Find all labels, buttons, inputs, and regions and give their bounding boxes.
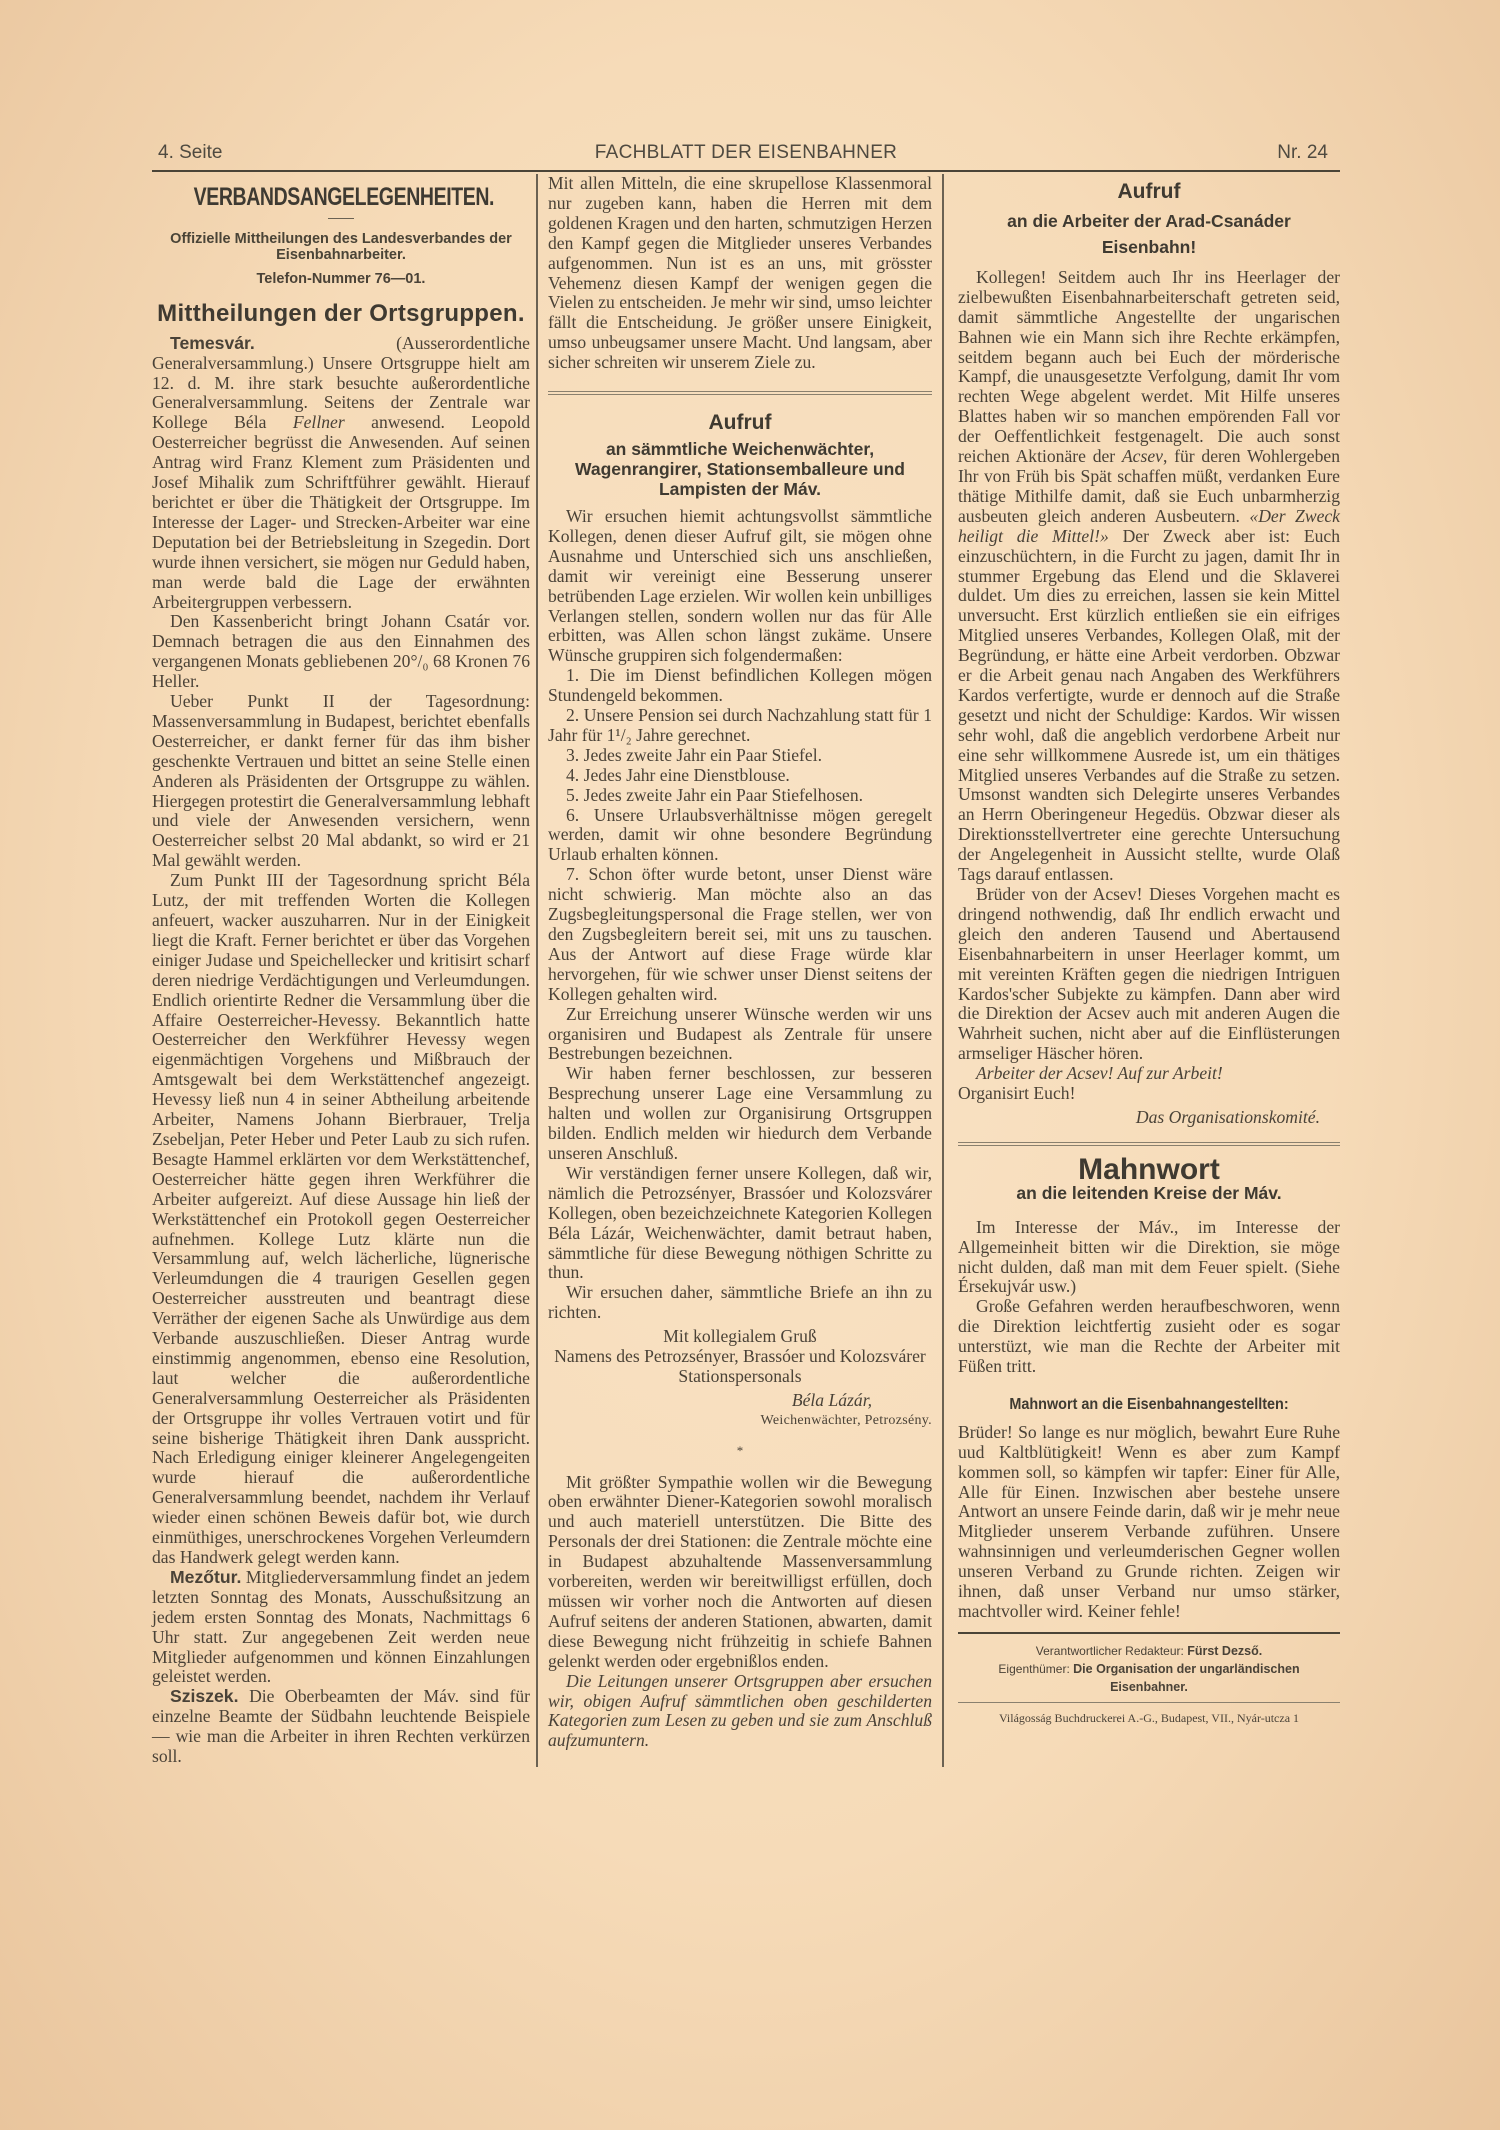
place-name: Temesvár. — [170, 333, 255, 353]
paragraph: Wir ersuchen daher, sämmtliche Briefe an… — [548, 1283, 932, 1323]
paragraph: Im Interesse der Máv., im Interesse der … — [958, 1218, 1340, 1298]
sziszek-paragraph: Sziszek. Die Oberbeamten der Máv. sind f… — [152, 1687, 530, 1767]
list-item: 1. Die im Dienst befindlichen Kollegen m… — [548, 666, 932, 706]
on-behalf: Namens des Petrozsényer, Brassóer und Ko… — [548, 1347, 932, 1387]
divider — [958, 1632, 1340, 1634]
paragraph: Brüder von der Acsev! Dieses Vorgehen ma… — [958, 885, 1340, 1064]
aufruf-subtitle: an die Arbeiter der Arad-Csanáder Eisenb… — [958, 208, 1340, 260]
paragraph: Zum Punkt III der Tagesordnung spricht B… — [152, 871, 530, 1568]
column-right: Aufruf an die Arbeiter der Arad-Csanáder… — [944, 174, 1340, 1767]
double-rule-divider — [548, 391, 932, 395]
columns: VERBANDSANGELEGENHEITEN. Offizielle Mitt… — [152, 174, 1340, 1767]
paragraph: Wir ersuchen hiemit achtungsvollst sämmt… — [548, 507, 932, 666]
owner-line: Eigenthümer: Die Organisation der ungarl… — [958, 1660, 1340, 1696]
temesvar-paragraph: Temesvár. (Ausserordentliche Generalvers… — [152, 334, 530, 613]
signature-role: Weichenwächter, Petrozsény. — [548, 1411, 932, 1431]
asterisk-separator: * — [548, 1441, 932, 1461]
mezotur-paragraph: Mezőtur. Mitgliederversammlung findet an… — [152, 1568, 530, 1687]
paragraph: Wir haben ferner beschlossen, zur besser… — [548, 1064, 932, 1164]
running-header: 4. Seite FACHBLATT DER EISENBAHNER Nr. 2… — [152, 140, 1340, 172]
list-item: 4. Jedes Jahr eine Dienstblouse. — [548, 766, 932, 786]
issue-number: Nr. 24 — [1277, 142, 1328, 164]
signature-name: Béla Lázár, — [548, 1391, 932, 1411]
telephone-number: Telefon-Nummer 76—01. — [152, 270, 530, 290]
place-name: Mezőtur. — [170, 1567, 241, 1587]
list-item: 3. Jedes zweite Jahr ein Paar Stiefel. — [548, 746, 932, 766]
publication-title: FACHBLATT DER EISENBAHNER — [152, 142, 1340, 164]
mahnwort2-title: Mahnwort an die Eisenbahnangestellten: — [977, 1395, 1321, 1415]
list-item: 7. Schon öfter wurde betont, unser Diens… — [548, 865, 932, 1004]
section-title: VERBANDSANGELEGENHEITEN. — [194, 188, 489, 208]
list-item: 6. Unsere Urlaubsverhältnisse mögen gere… — [548, 806, 932, 866]
official-subtitle: Offizielle Mittheilungen des Landesverba… — [152, 231, 530, 263]
aufruf-title: Aufruf — [548, 413, 932, 433]
double-rule-divider — [958, 1142, 1340, 1146]
imprint: Verantwortlicher Redakteur: Fürst Dezső.… — [958, 1642, 1340, 1696]
divider — [328, 218, 354, 219]
paragraph: Ueber Punkt II der Tagesordnung: Massenv… — [152, 692, 530, 871]
paragraph: Brüder! So lange es nur möglich, bewahrt… — [958, 1423, 1340, 1622]
aufruf-title: Aufruf — [958, 182, 1340, 202]
closing-italic-paragraph: Die Leitungen unserer Ortsgruppen aber e… — [548, 1672, 932, 1752]
paragraph: Mit größter Sympathie wollen wir die Bew… — [548, 1473, 932, 1672]
column-left: VERBANDSANGELEGENHEITEN. Offizielle Mitt… — [152, 174, 536, 1767]
divider — [958, 1702, 1340, 1703]
mahnwort-subtitle: an die leitenden Kreise der Máv. — [958, 1184, 1340, 1204]
intro-paragraph: Mit allen Mitteln, die eine skrupellose … — [548, 174, 932, 373]
signature: Das Organisationskomité. — [958, 1108, 1340, 1128]
paragraph: Kollegen! Seitdem auch Ihr ins Heerlager… — [958, 268, 1340, 885]
editor-line: Verantwortlicher Redakteur: Fürst Dezső. — [958, 1642, 1340, 1660]
column-middle: Mit allen Mitteln, die eine skrupellose … — [536, 174, 944, 1767]
paragraph: Zur Erreichung unserer Wünsche werden wi… — [548, 1005, 932, 1065]
list-item: 2. Unsere Pension sei durch Nachzahlung … — [548, 706, 932, 746]
paragraph: Große Gefahren werden heraufbeschworen, … — [958, 1297, 1340, 1377]
greeting: Mit kollegialem Gruß — [548, 1327, 932, 1347]
printer-line: Világosság Buchdruckerei A.-G., Budapest… — [958, 1709, 1340, 1729]
paragraph: Wir verständigen ferner unsere Kollegen,… — [548, 1164, 932, 1283]
list-item: 5. Jedes zweite Jahr ein Paar Stiefelhos… — [548, 786, 932, 806]
aufruf-subtitle: an sämmtliche Weichenwächter, Wagenrangi… — [548, 439, 932, 499]
subsection-title: Mittheilungen der Ortsgruppen. — [152, 304, 530, 324]
place-name: Sziszek. — [170, 1686, 238, 1706]
paragraph: Den Kassenbericht bringt Johann Csatár v… — [152, 612, 530, 692]
mahnwort-title: Mahnwort — [958, 1160, 1340, 1180]
closing-call: Arbeiter der Acsev! Auf zur Arbeit!Organ… — [958, 1064, 1340, 1104]
newspaper-page: 4. Seite FACHBLATT DER EISENBAHNER Nr. 2… — [152, 140, 1340, 1767]
